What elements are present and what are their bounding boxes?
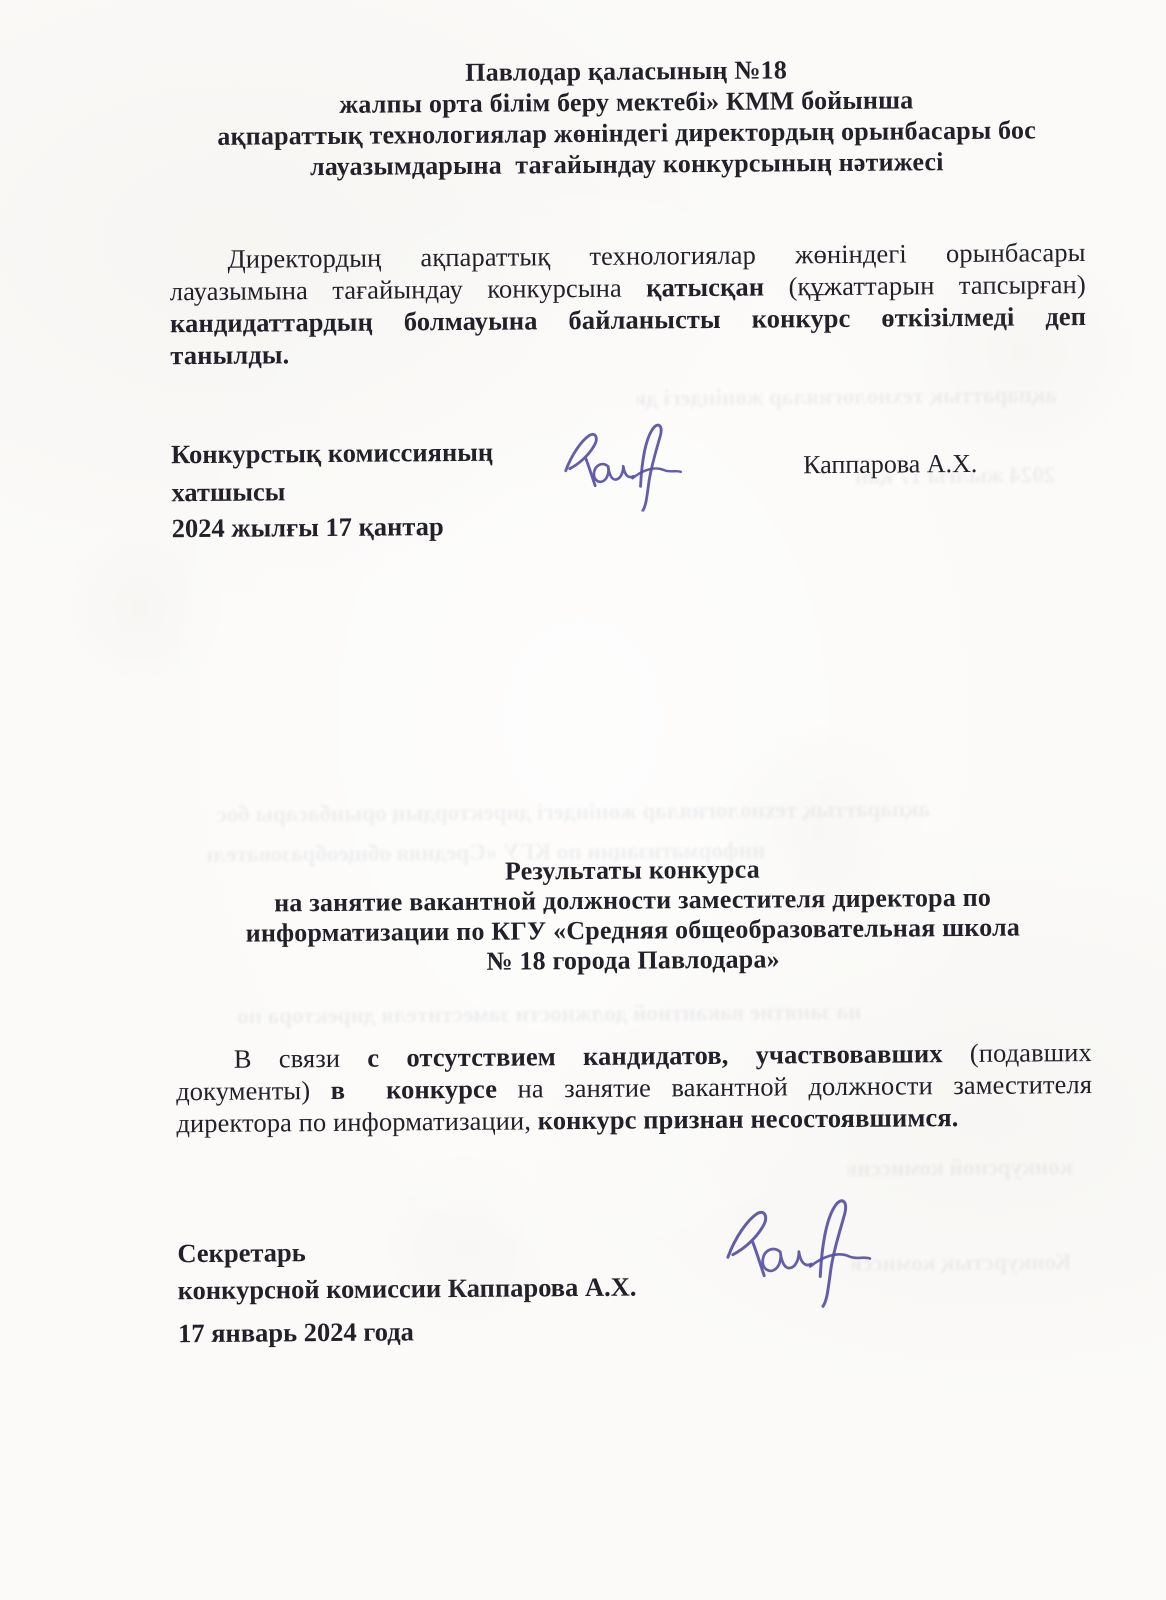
bold-text-segment: конкурсе — [386, 1074, 497, 1105]
text-segment: документы) — [176, 1075, 331, 1106]
text-segment: Результаты конкурса — [505, 855, 760, 886]
kazakh-signer-role-line: хатшысы — [171, 470, 591, 511]
bleed-through-text: ақпараттық технологиялар жөніндегі дирек… — [637, 382, 1057, 412]
russian-signer-role-line: Секретарь — [177, 1230, 817, 1272]
text-segment: на занятие вакантной должности заместите… — [274, 883, 991, 918]
text-segment: жалпы орта білім беру мектебі» КММ бойын… — [339, 85, 913, 119]
russian-paragraph-line: директора по информатизации, конкурс при… — [176, 1100, 1092, 1139]
text-segment: лауазымына тағайындау конкурсына — [170, 272, 647, 306]
text-segment: хатшысы — [171, 476, 285, 507]
bleed-through-text: на занятие вакантной должности заместите… — [131, 999, 861, 1032]
text-segment: на занятие вакантной должности заместите… — [497, 1069, 1092, 1104]
text-segment: (құжаттарын тапсырған) — [764, 269, 1086, 302]
text-segment: В связи — [234, 1043, 368, 1074]
bleed-through-text: ақпараттық технологиялар жөніндегі дирек… — [170, 796, 930, 829]
russian-date: 17 январь 2024 года — [178, 1315, 638, 1350]
text-segment: № 18 города Павлодара» — [486, 944, 780, 975]
kazakh-signer-role: Конкурстық комиссияныңхатшысы — [171, 432, 592, 511]
kazakh-title: Павлодар қаласының №18жалпы орта білім б… — [168, 52, 1085, 183]
scanned-document-page: ақпараттық технологиялар жөніндегі дирек… — [0, 0, 1166, 1600]
bold-text-segment: танылды. — [170, 339, 289, 370]
text-segment: Секретарь — [177, 1237, 306, 1268]
bold-text-segment: кандидаттардың болмауына байланысты конк… — [170, 301, 1086, 338]
text-segment: Конкурстық комиссияның — [171, 437, 493, 470]
bold-text-segment: с отсутствием кандидатов, участвовавших — [367, 1038, 943, 1073]
russian-paragraph: В связи с отсутствием кандидатов, участв… — [176, 1036, 1093, 1139]
text-segment: информатизации по КГУ «Средняя общеобраз… — [246, 913, 1021, 948]
text-segment: лауазымдарына тағайындау конкурсының нәт… — [310, 147, 944, 181]
bold-text-segment: қатысқан — [646, 272, 764, 303]
kazakh-signer-name: Каппарова А.Х. — [803, 448, 1063, 480]
bold-text-segment: в — [331, 1075, 346, 1105]
text-segment — [345, 1075, 386, 1105]
text-segment: Павлодар қаласының №18 — [465, 55, 787, 87]
text-segment: директора по информатизации, — [176, 1105, 538, 1138]
bold-text-segment: конкурс признан несостоявшимся. — [538, 1102, 959, 1135]
document-content: ақпараттық технологиялар жөніндегі дирек… — [0, 0, 1166, 1600]
bleed-through-text: конкурсной комиссии Каппарова А.Х. — [848, 1154, 1073, 1183]
kazakh-signer-role-line: Конкурстық комиссияның — [171, 432, 591, 473]
kazakh-paragraph: Директордың ақпараттық технологиялар жөн… — [169, 236, 1086, 371]
russian-title: Результаты конкурсана занятие вакантной … — [174, 852, 1091, 979]
bleed-through-text: Конкурстық комиссияның — [851, 1249, 1071, 1278]
text-segment: (подавших — [943, 1037, 1092, 1068]
text-segment: конкурсной комиссии Каппарова А.Х. — [178, 1272, 637, 1306]
russian-signer-role-line: конкурсной комиссии Каппарова А.Х. — [178, 1267, 818, 1309]
kazakh-date: 2024 жылғы 17 қантар — [172, 510, 632, 545]
russian-signer-role: Секретарьконкурсной комиссии Каппарова А… — [177, 1230, 818, 1309]
